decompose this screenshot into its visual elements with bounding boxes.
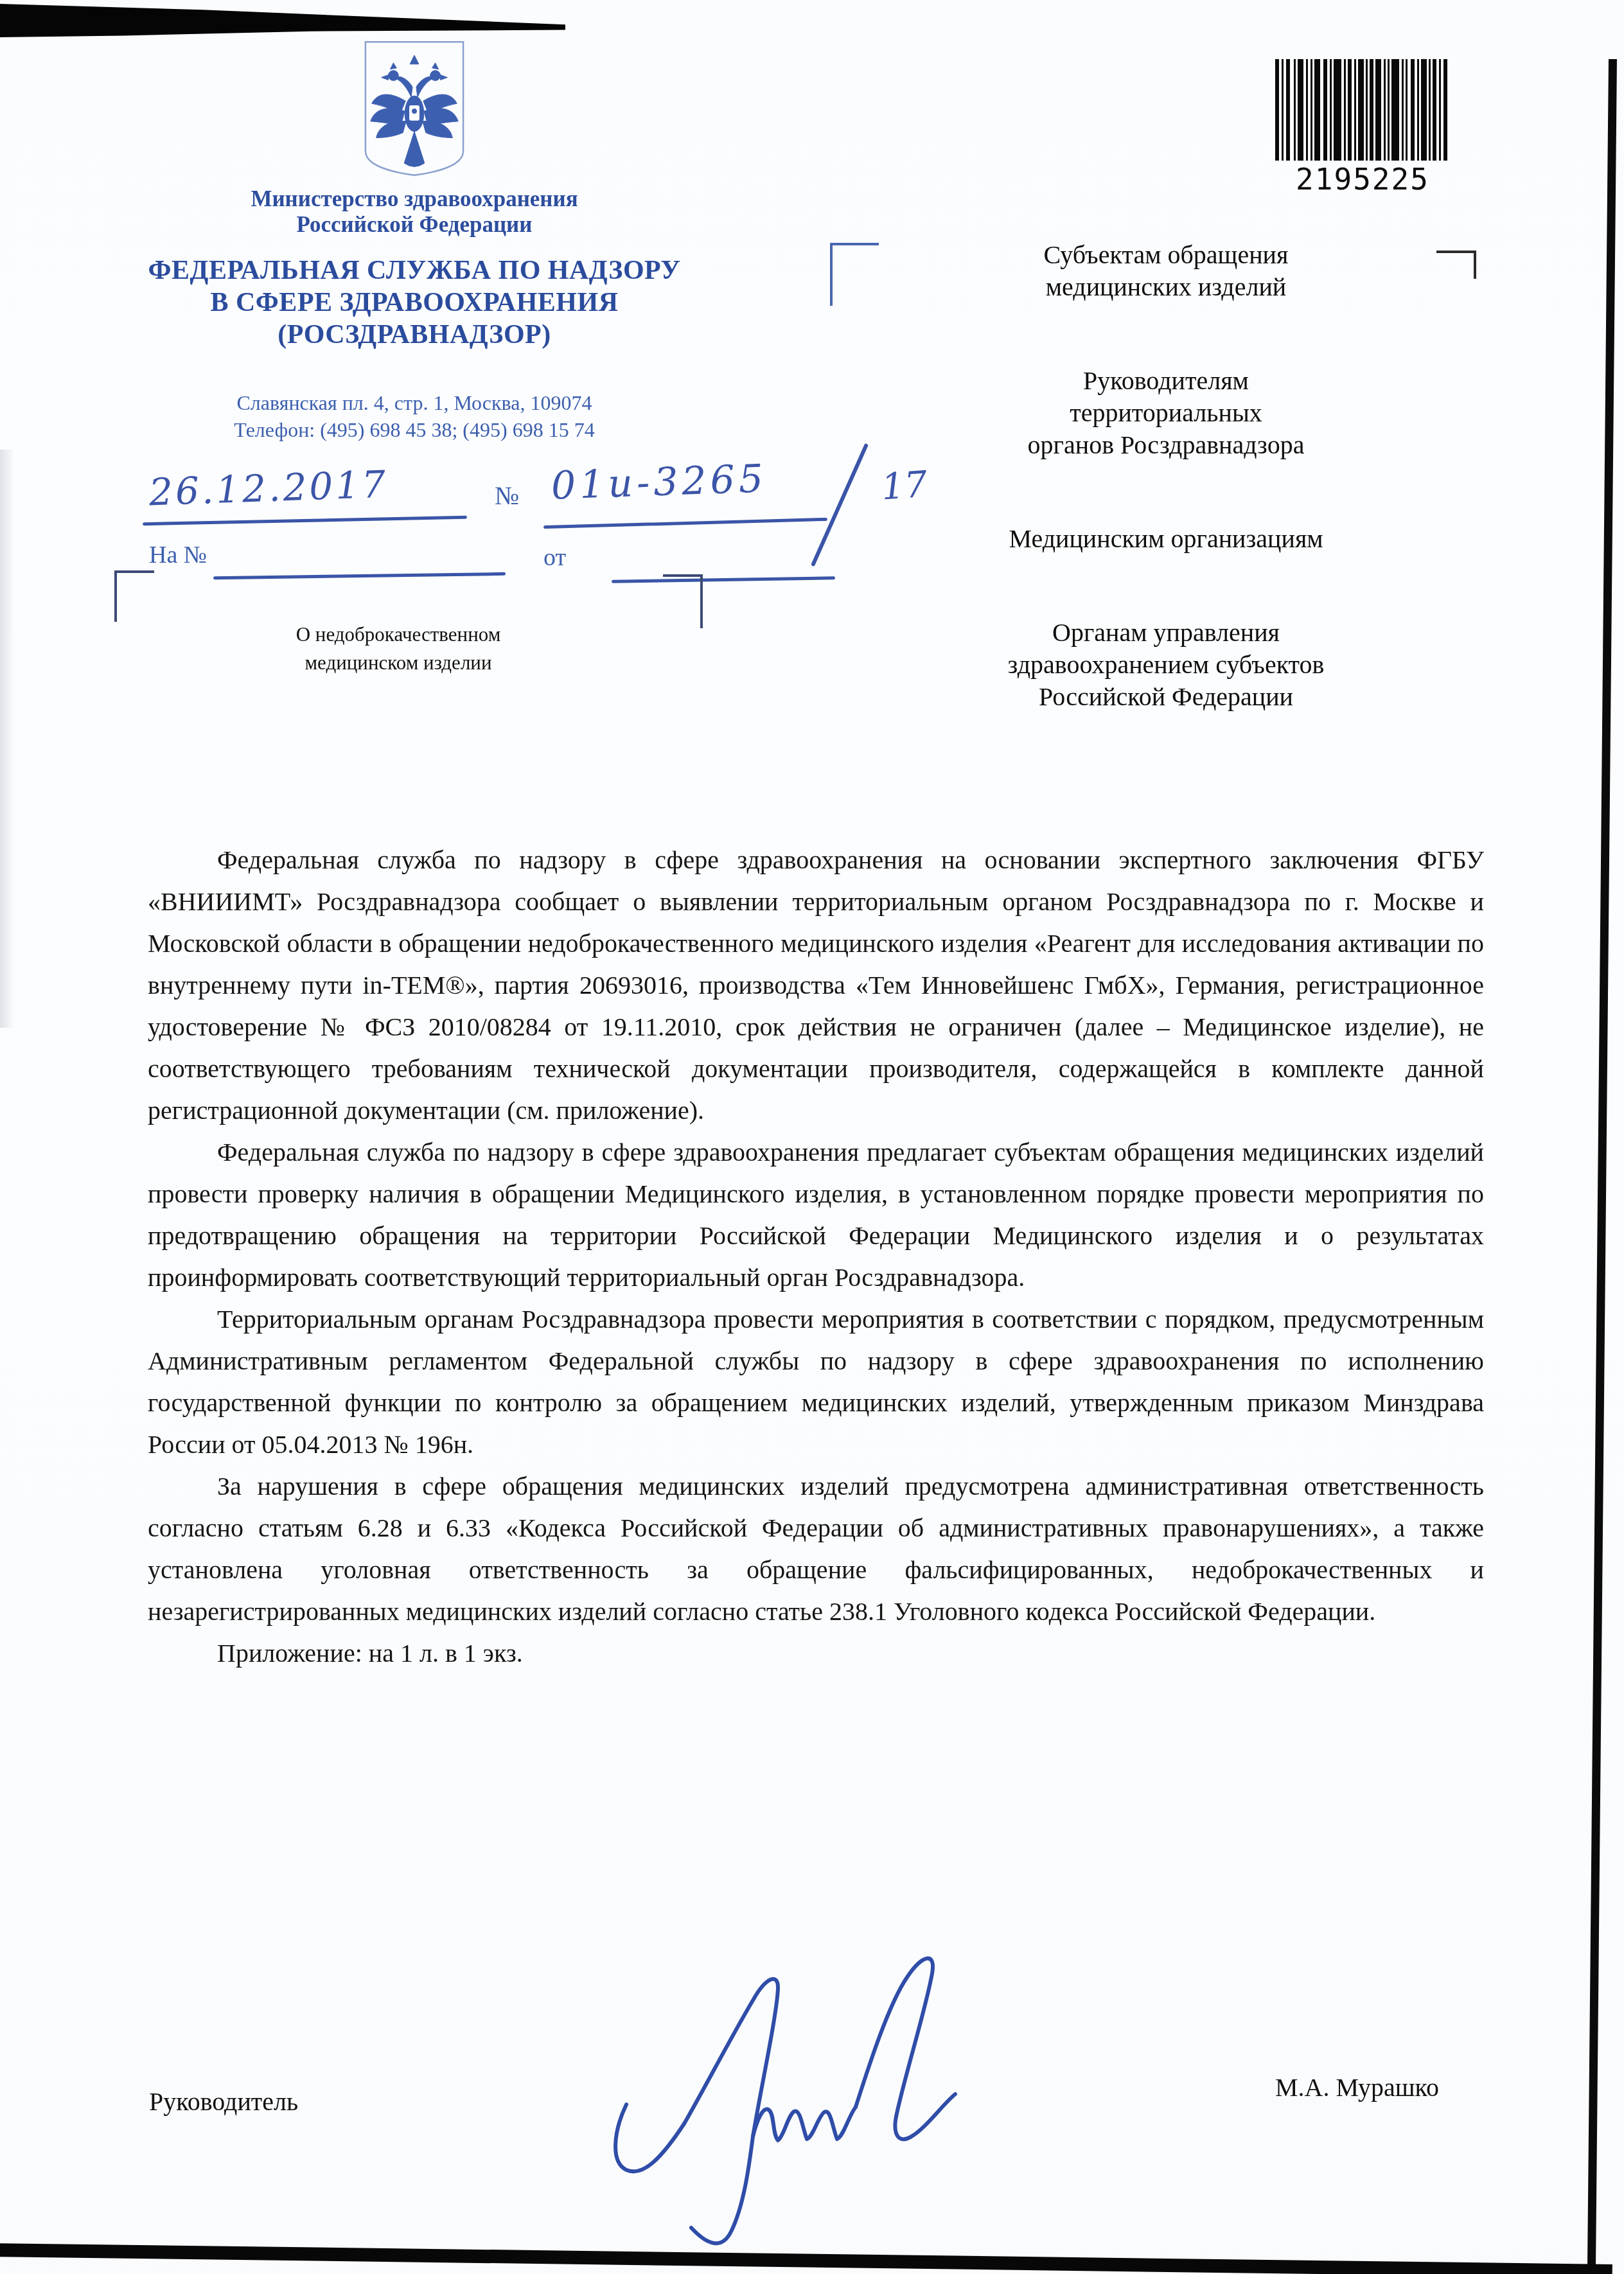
body-paragraph-3: Территориальным органам Росздравнадзора … (148, 1298, 1484, 1465)
number-underline (543, 518, 827, 529)
barcode-number: 2195225 (1275, 162, 1450, 197)
recipient-group: Органам управления здравоохранением субъ… (835, 617, 1497, 713)
scan-artifact-left-smudge (0, 450, 14, 1028)
recipient-line: Органам управления (835, 617, 1497, 649)
russian-coat-of-arms-icon (360, 39, 468, 179)
subject-line1: О недоброкачественном (193, 621, 604, 649)
reply-from-date-label: от (543, 543, 566, 572)
subject-line2: медицинском изделии (193, 649, 604, 677)
recipient-group: Медицинским организациям (835, 523, 1497, 555)
scanned-letter-page: Министерство здравоохранения Российской … (0, 0, 1624, 2274)
number-sign-label: № (495, 480, 519, 511)
ministry-name-line1: Министерство здравоохранения (96, 186, 732, 212)
letter-body: Федеральная служба по надзору в сфере зд… (148, 839, 1484, 1674)
reply-to-number-label: На № (149, 541, 207, 569)
barcode-bars-icon (1275, 59, 1447, 161)
handwritten-signature (565, 1944, 1015, 2246)
date-underline (143, 516, 467, 526)
ministry-name-line2: Российской Федерации (96, 212, 732, 238)
service-name-line3: (РОСЗДРАВНАДЗОР) (96, 319, 732, 351)
body-paragraph-4: За нарушения в сфере обращения медицинск… (148, 1465, 1484, 1632)
signer-name: М.А. Мурашко (1275, 2072, 1500, 2102)
registration-barcode: 2195225 (1275, 59, 1450, 197)
handwritten-outgoing-number: 01и-3265 (551, 456, 768, 509)
recipient-line: Субъектам обращения (835, 239, 1497, 271)
scan-artifact-bottom-line (0, 2243, 1612, 2274)
attachment-note: Приложение: на 1 л. в 1 экз. (148, 1632, 1484, 1674)
recipient-line: здравоохранением субъектов (835, 649, 1497, 681)
recipient-line: органов Росздравнадзора (835, 429, 1497, 461)
letterhead: Министерство здравоохранения Российской … (96, 39, 732, 443)
recipient-group: Руководителям территориальных органов Ро… (835, 365, 1497, 461)
recipient-line: медицинских изделий (835, 271, 1497, 303)
reply-date-blank-line (612, 576, 835, 583)
service-name-line1: ФЕДЕРАЛЬНАЯ СЛУЖБА ПО НАДЗОРУ (96, 254, 732, 286)
recipient-line: Руководителям (835, 365, 1497, 397)
recipient-line: территориальных (835, 397, 1497, 429)
recipient-group: Субъектам обращения медицинских изделий (835, 239, 1497, 303)
letterhead-phone: Телефон: (495) 698 45 38; (495) 698 15 7… (96, 416, 732, 443)
handwritten-date: 26.12.2017 (148, 463, 389, 515)
body-paragraph-1: Федеральная служба по надзору в сфере зд… (148, 839, 1484, 1131)
signer-position-label: Руководитель (149, 2086, 298, 2117)
scan-artifact-right-line (1587, 59, 1617, 2270)
letter-subject: О недоброкачественном медицинском издели… (193, 621, 604, 677)
subject-area-corner-mark-right (663, 574, 703, 628)
scan-artifact-top-streak (0, 4, 565, 37)
subject-area-corner-mark-left (114, 570, 154, 622)
recipient-line: Российской Федерации (835, 681, 1497, 713)
reply-number-blank-line (213, 572, 506, 579)
recipient-list: Субъектам обращения медицинских изделий … (835, 239, 1497, 713)
body-paragraph-2: Федеральная служба по надзору в сфере зд… (148, 1131, 1484, 1298)
service-name-line2: В СФЕРЕ ЗДРАВООХРАНЕНИЯ (96, 286, 732, 319)
recipient-line: Медицинским организациям (835, 523, 1497, 555)
letterhead-address: Славянская пл. 4, стр. 1, Москва, 109074 (96, 389, 732, 416)
